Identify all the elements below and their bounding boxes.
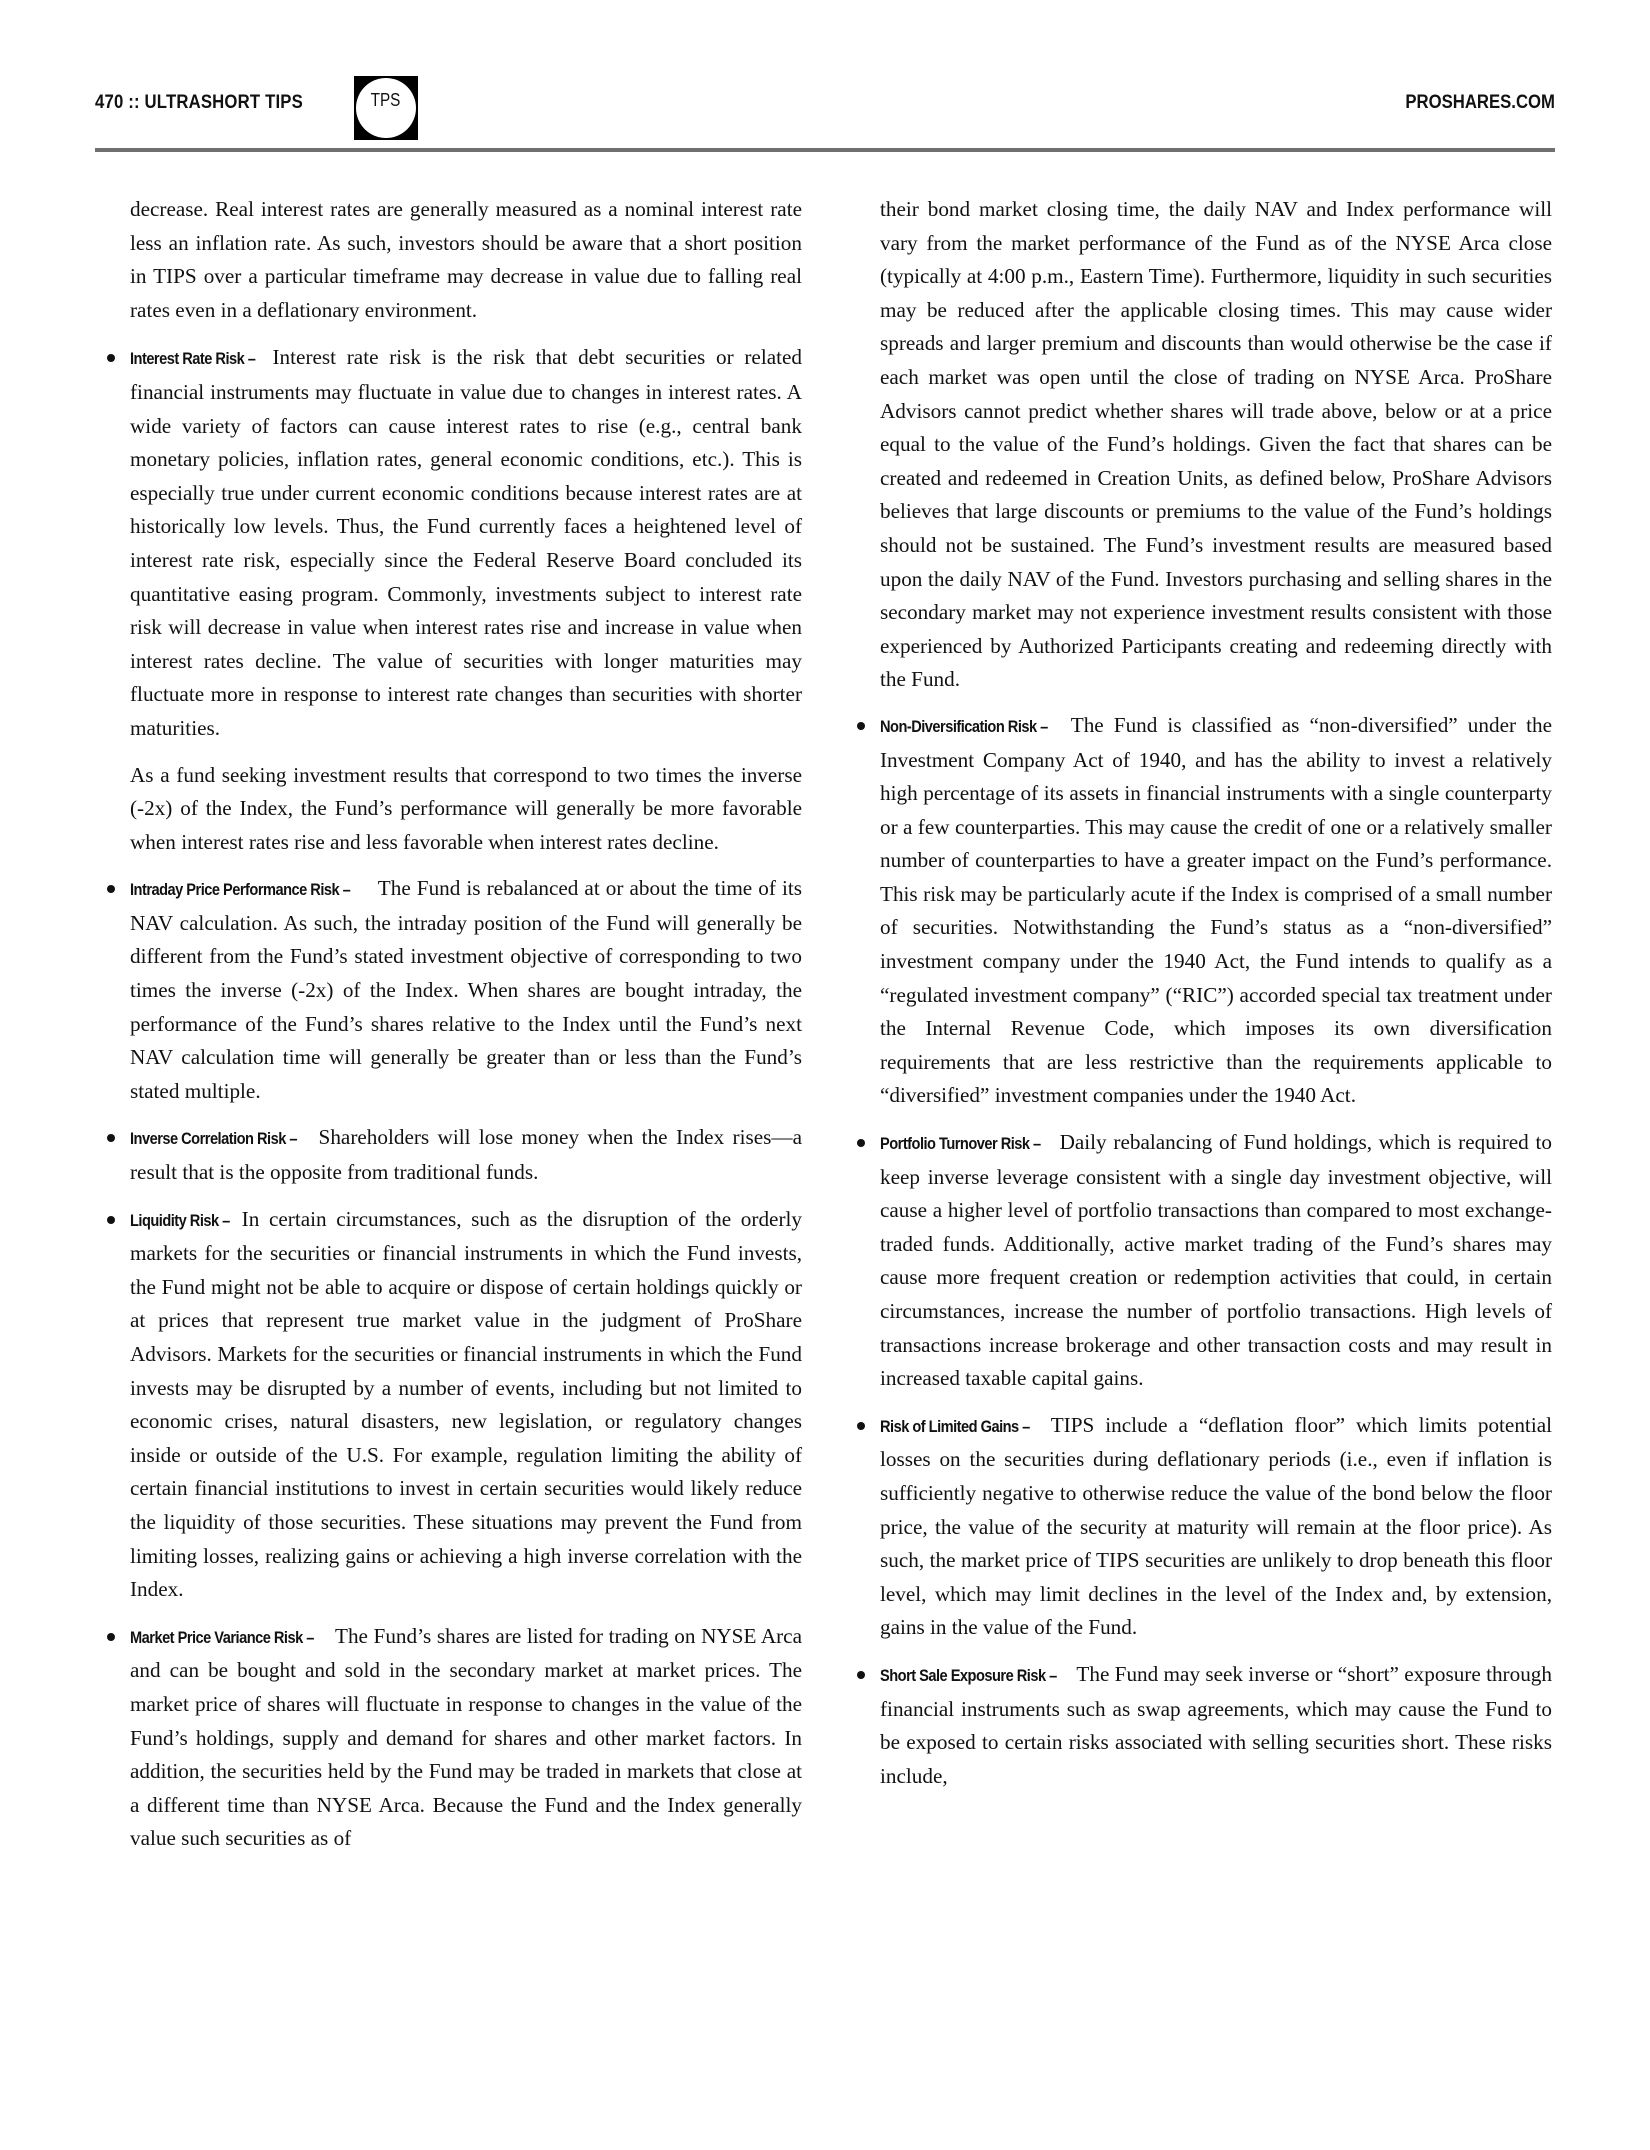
risk-term: Interest Rate Risk – — [130, 342, 255, 376]
page-number-and-section: 470 :: ULTRASHORT TIPS — [95, 92, 303, 114]
left-column: decrease. Real interest rates are genera… — [130, 193, 802, 1869]
risk-item-portfolio-turnover: Portfolio Turnover Risk – Daily rebalanc… — [880, 1126, 1552, 1396]
risk-text: Daily rebalancing of Fund holdings, whic… — [880, 1130, 1552, 1390]
page-header: 470 :: ULTRASHORT TIPS TPS PROSHARES.COM — [95, 70, 1555, 150]
risk-text: The Fund is classified as “non-diversifi… — [880, 713, 1552, 1108]
risk-item-interest-rate: Interest Rate Risk – Interest rate risk … — [130, 341, 802, 745]
bullet-icon — [857, 1139, 865, 1147]
risk-term: Short Sale Exposure Risk – — [880, 1659, 1057, 1693]
risk-sub-paragraph: As a fund seeking investment results tha… — [130, 759, 802, 860]
bullet-icon — [857, 722, 865, 730]
ticker-badge: TPS — [354, 76, 418, 140]
bullet-icon — [107, 1134, 115, 1142]
ticker-badge-label: TPS — [371, 90, 401, 111]
risk-term: Liquidity Risk – — [130, 1204, 230, 1238]
risk-item-inverse-correlation: Inverse Correlation Risk – Shareholders … — [130, 1121, 802, 1189]
risk-term: Intraday Price Performance Risk – — [130, 873, 350, 907]
risk-text: The Fund’s shares are listed for trad­in… — [130, 1624, 802, 1851]
ticker-badge-circle-icon: TPS — [356, 78, 416, 138]
bullet-icon — [107, 1216, 115, 1224]
risk-text: TIPS include a “deflation floor” which l… — [880, 1413, 1552, 1640]
bullet-icon — [857, 1422, 865, 1430]
bullet-icon — [107, 1633, 115, 1641]
risk-text: Interest rate risk is the risk that debt… — [130, 345, 802, 740]
risk-term: Non-Diversification Risk – — [880, 710, 1048, 744]
bullet-icon — [107, 885, 115, 893]
bullet-icon — [857, 1671, 865, 1679]
continuation-paragraph: their bond market closing time, the dail… — [880, 193, 1552, 697]
risk-item-market-price-variance: Market Price Variance Risk – The Fund’s … — [130, 1620, 802, 1856]
site-name: PROSHARES.COM — [1405, 92, 1555, 114]
risk-item-liquidity: Liquidity Risk – In certain circumstance… — [130, 1203, 802, 1607]
risk-term: Inverse Correlation Risk – — [130, 1122, 297, 1156]
risk-text: The Fund is rebalanced at or about the t… — [130, 876, 802, 1103]
risk-term: Portfolio Turnover Risk – — [880, 1127, 1041, 1161]
bullet-icon — [107, 354, 115, 362]
risk-item-short-sale-exposure: Short Sale Exposure Risk – The Fund may … — [880, 1658, 1552, 1793]
risk-term: Risk of Limited Gains – — [880, 1410, 1030, 1444]
risk-item-non-diversification: Non-Diversification Risk – The Fund is c… — [880, 709, 1552, 1113]
risk-item-intraday-price: Intraday Price Performance Risk – The Fu… — [130, 872, 802, 1108]
right-column: their bond market closing time, the dail… — [880, 193, 1552, 1806]
risk-term: Market Price Variance Risk – — [130, 1621, 314, 1655]
risk-item-limited-gains: Risk of Limited Gains – TIPS include a “… — [880, 1409, 1552, 1645]
header-divider — [95, 148, 1555, 152]
intro-paragraph: decrease. Real interest rates are genera… — [130, 193, 802, 327]
risk-text: In certain circumstances, such as the di… — [130, 1207, 802, 1602]
